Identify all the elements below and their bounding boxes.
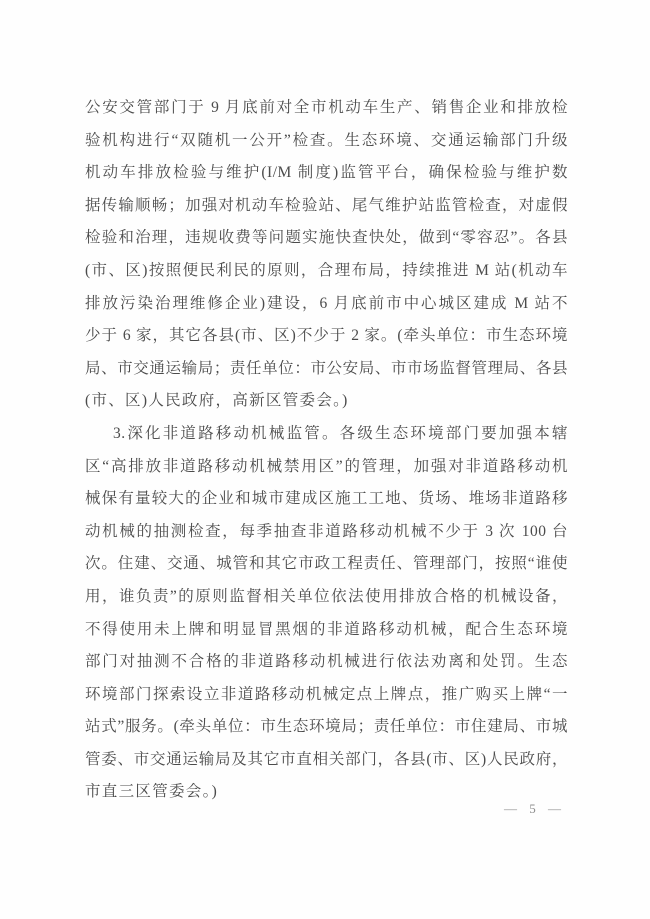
text-line: 少于 6 家，其它各县(市、区)不少于 2 家。(牵头单位：市生态环境	[85, 320, 568, 353]
text-line: 机动车排放检验与维护(I/M 制度)监管平台，确保检验与维护数	[85, 157, 568, 190]
text-line: 环境部门探索设立非道路移动机械定点上牌点，推广购买上牌“一	[85, 679, 568, 712]
text-line: 区“高排放非道路移动机械禁用区”的管理，加强对非道路移动机	[85, 451, 568, 484]
text-line: 局、市交通运输局；责任单位：市公安局、市市场监督管理局、各县	[85, 353, 568, 386]
text-line: 验机构进行“双随机一公开”检查。生态环境、交通运输部门升级	[85, 125, 568, 158]
text-line-paragraph-start: 3.深化非道路移动机械监管。各级生态环境部门要加强本辖	[85, 418, 568, 451]
document-page: 公安交管部门于 9 月底前对全市机动车生产、销售企业和排放检 验机构进行“双随机…	[0, 0, 650, 919]
text-line: 站式”服务。(牵头单位：市生态环境局；责任单位：市住建局、市城	[85, 711, 568, 744]
text-line: 排放污染治理维修企业)建设，6 月底前市中心城区建成 M 站不	[85, 288, 568, 321]
text-line: 管委、市交通运输局及其它市直相关部门，各县(市、区)人民政府，	[85, 744, 568, 777]
text-line-paragraph-end: (市、区)人民政府，高新区管委会。)	[85, 385, 568, 418]
text-line: 部门对抽测不合格的非道路移动机械进行依法劝离和处罚。生态	[85, 646, 568, 679]
text-line: 动机械的抽测检查，每季抽查非道路移动机械不少于 3 次 100 台	[85, 516, 568, 549]
text-line: 用，谁负责”的原则监督相关单位依法使用排放合格的机械设备，	[85, 581, 568, 614]
text-line: 不得使用未上牌和明显冒黑烟的非道路移动机械，配合生态环境	[85, 614, 568, 647]
text-line: (市、区)按照便民利民的原则，合理布局，持续推进 M 站(机动车	[85, 255, 568, 288]
page-number: — 5 —	[504, 801, 562, 817]
text-line: 检验和治理，违规收费等问题实施快查快处，做到“零容忍”。各县	[85, 222, 568, 255]
text-line: 次。住建、交通、城管和其它市政工程责任、管理部门，按照“谁使	[85, 548, 568, 581]
text-line: 械保有量较大的企业和城市建成区施工工地、货场、堆场非道路移	[85, 483, 568, 516]
body-text: 公安交管部门于 9 月底前对全市机动车生产、销售企业和排放检 验机构进行“双随机…	[85, 92, 568, 809]
text-line-paragraph-end: 市直三区管委会。)	[85, 776, 568, 809]
text-line: 据传输顺畅；加强对机动车检验站、尾气维护站监管检查，对虚假	[85, 190, 568, 223]
text-line: 公安交管部门于 9 月底前对全市机动车生产、销售企业和排放检	[85, 92, 568, 125]
